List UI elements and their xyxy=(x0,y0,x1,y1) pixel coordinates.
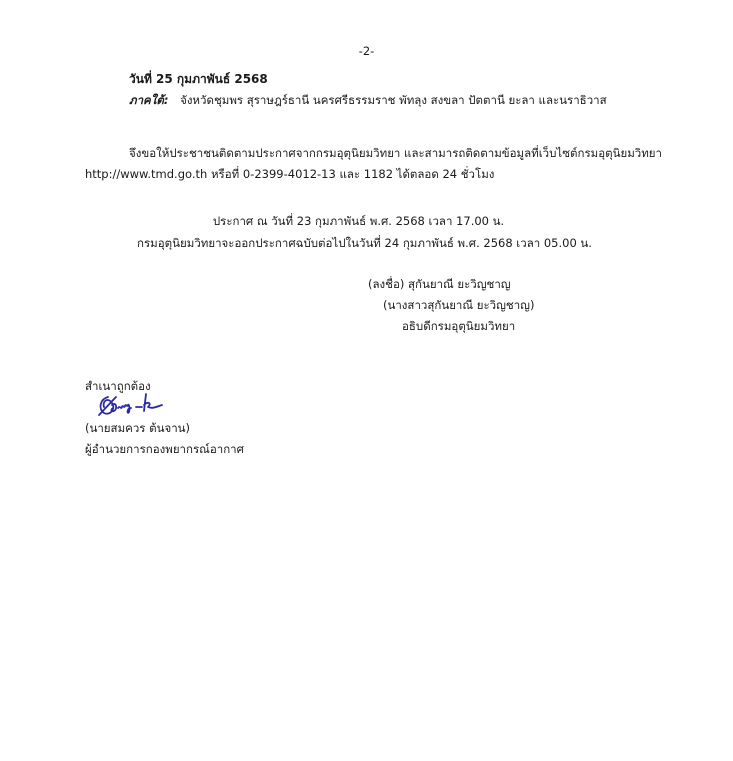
contact-info: หรือที่ 0-2399-4012-13 และ 1182 ได้ตลอด … xyxy=(207,167,494,181)
region-line: ภาคใต้: จังหวัดชุมพร สุราษฎร์ธานี นครศรี… xyxy=(129,92,607,110)
date-heading: วันที่ 25 กุมภาพันธ์ 2568 xyxy=(129,70,268,89)
certified-copy-name: (นายสมควร ต้นจาน) xyxy=(85,420,190,438)
region-provinces: จังหวัดชุมพร สุราษฎร์ธานี นครศรีธรรมราช … xyxy=(180,93,607,107)
signatory-title: อธิบดีกรมอุตุนิยมวิทยา xyxy=(402,318,515,336)
website-url[interactable]: http://www.tmd.go.th xyxy=(85,167,207,181)
paragraph-line-1: จึงขอให้ประชาชนติดตามประกาศจากกรมอุตุนิย… xyxy=(129,145,662,163)
certified-copy-title: ผู้อำนวยการกองพยากรณ์อากาศ xyxy=(85,441,244,459)
signatory-signed: (ลงชื่อ) สุกันยาณี ยะวิญชาญ xyxy=(368,276,511,294)
paragraph-line-2: http://www.tmd.go.th หรือที่ 0-2399-4012… xyxy=(85,166,494,184)
announcement-next: กรมอุตุนิยมวิทยาจะออกประกาศฉบับต่อไปในวั… xyxy=(0,235,731,253)
signatory-name: (นางสาวสุกันยาณี ยะวิญชาญ) xyxy=(383,297,534,315)
page-number: -2- xyxy=(0,44,733,58)
region-label: ภาคใต้: xyxy=(129,93,168,107)
handwritten-signature-icon xyxy=(96,391,166,419)
announcement-issued: ประกาศ ณ วันที่ 23 กุมภาพันธ์ พ.ศ. 2568 … xyxy=(0,213,725,231)
